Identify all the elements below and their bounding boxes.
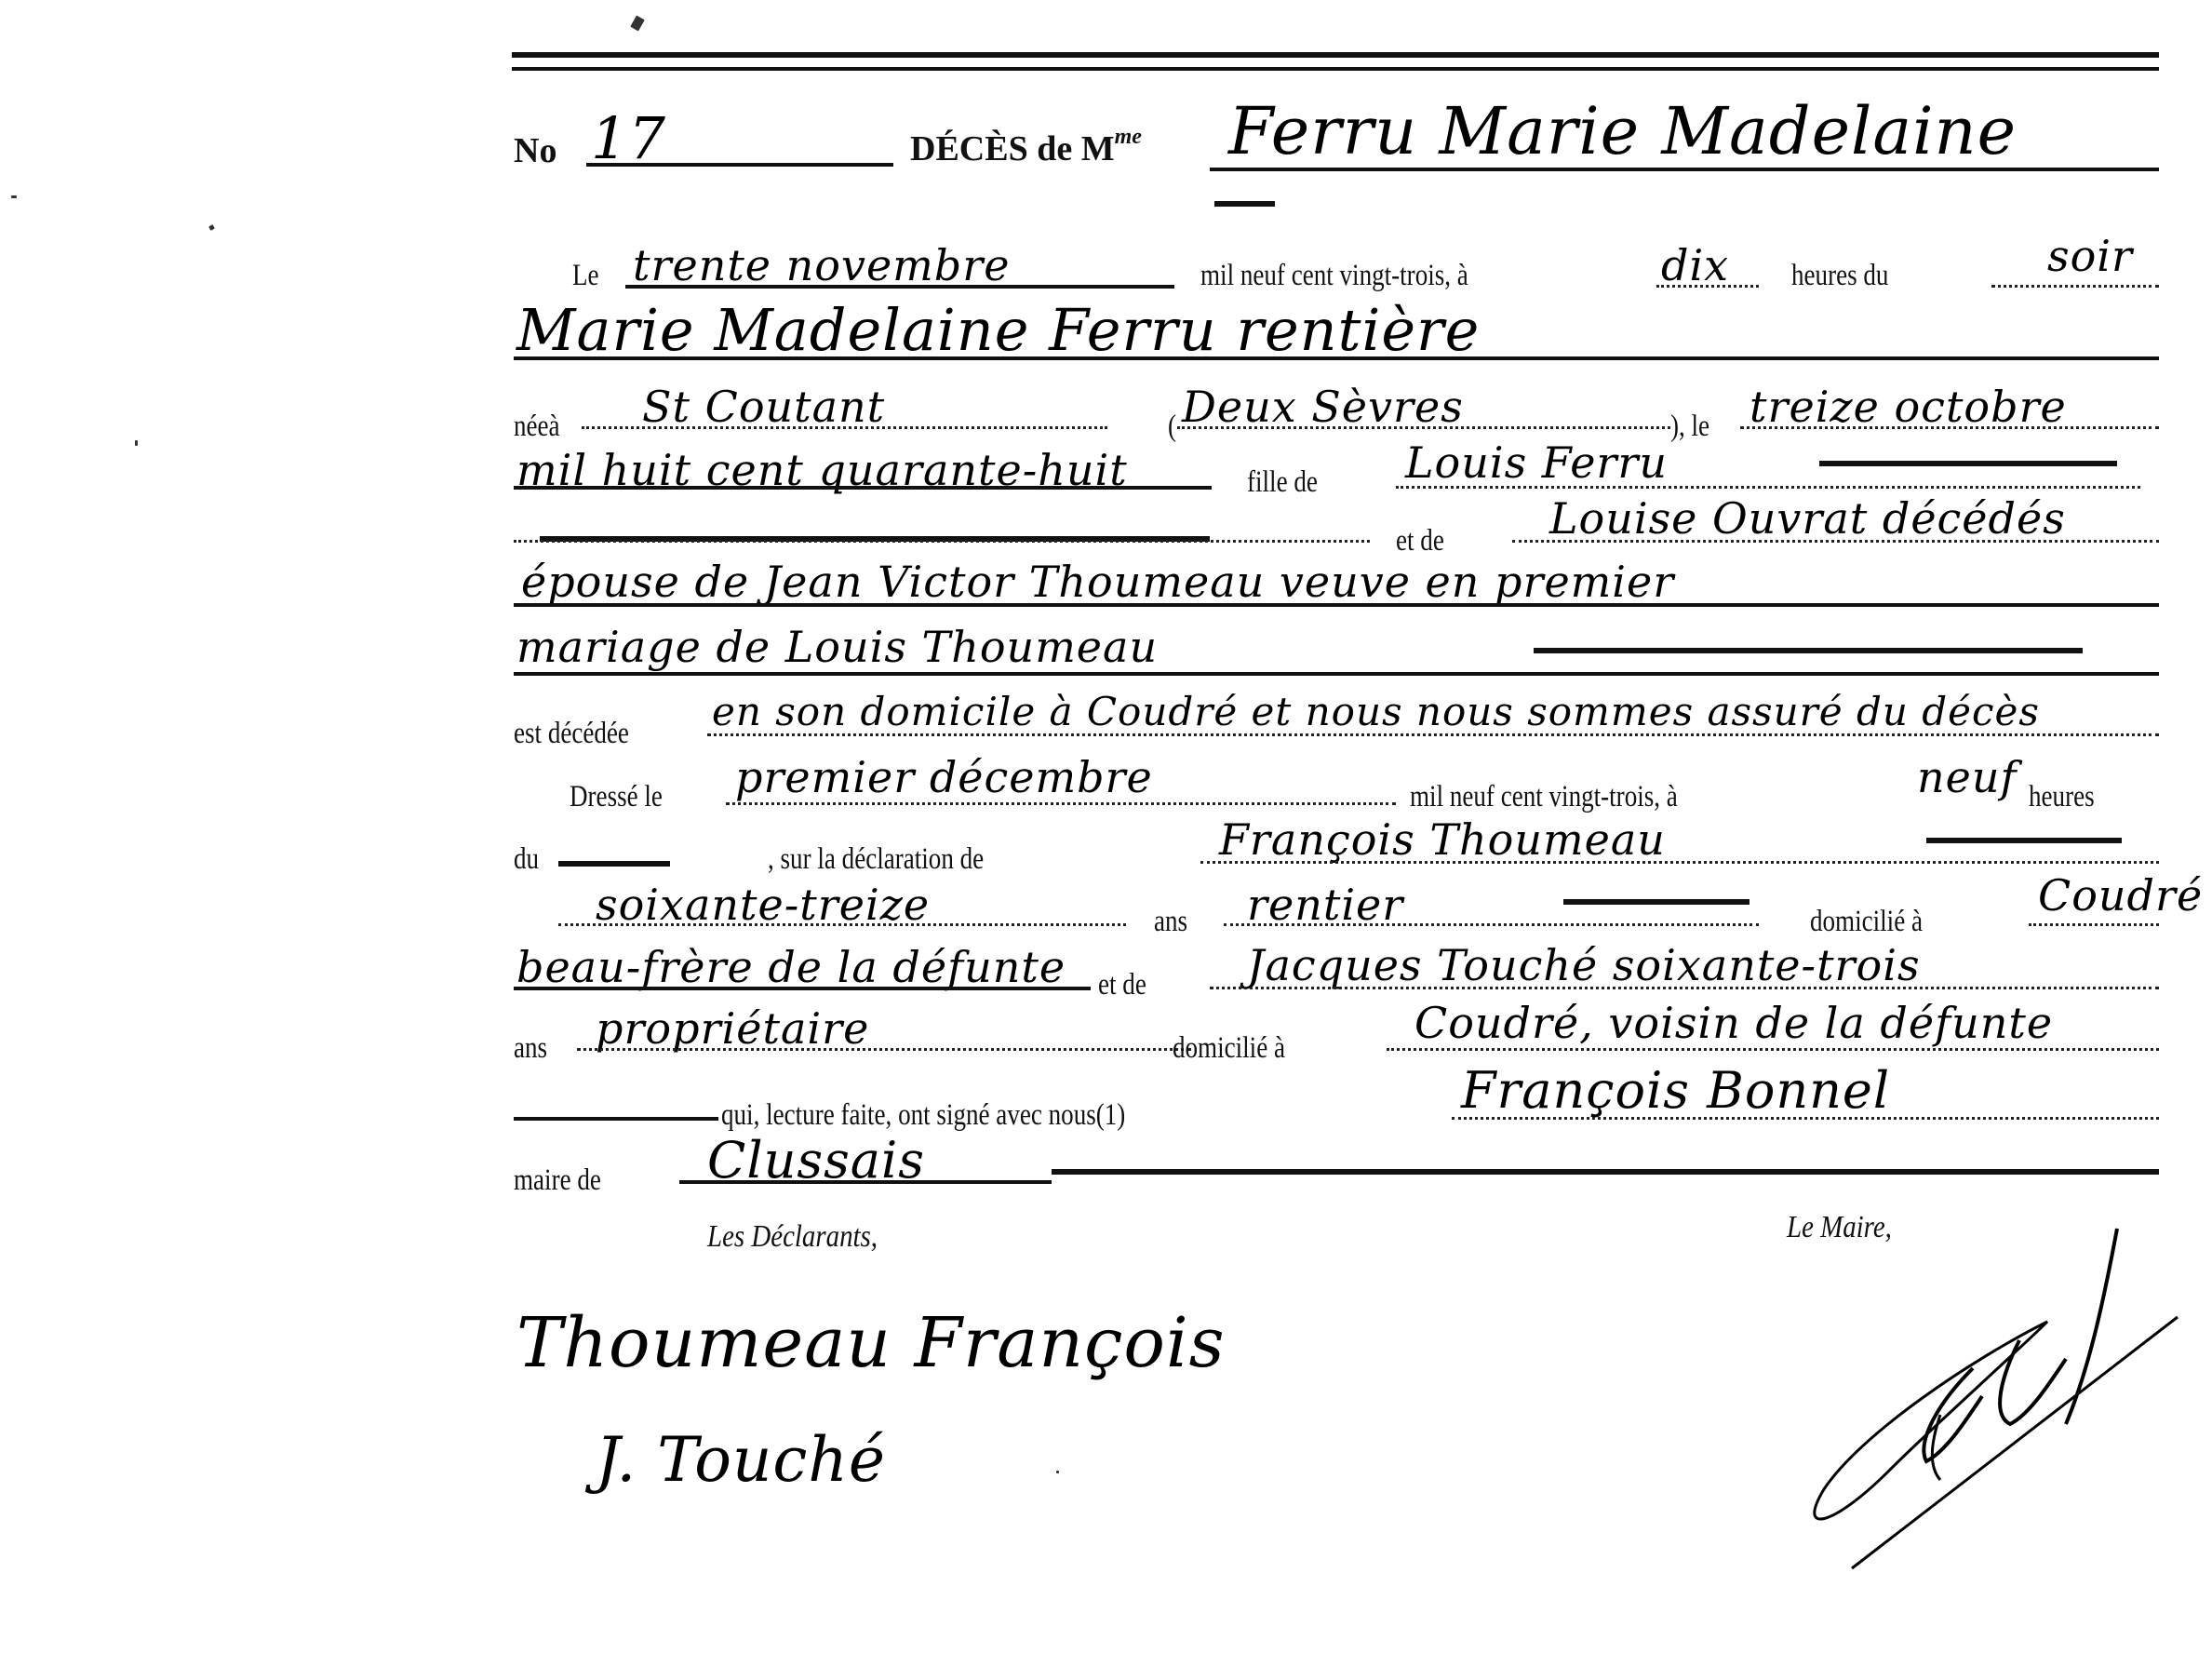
declarant1-name: François Thoumeau	[1219, 814, 1666, 865]
declarant2-residence: Coudré, voisin de la défunte	[1414, 998, 2053, 1048]
deceased-name: Ferru Marie Madelaine	[1228, 93, 2017, 169]
death-hour-line	[1656, 285, 1759, 288]
declarant1-age: soixante-treize	[596, 880, 930, 930]
declarant1-dash	[1926, 838, 2122, 843]
scan-speck	[1056, 1471, 1059, 1473]
line8-est-decedee: est décédée	[514, 717, 629, 751]
line11-ans: ans	[1154, 905, 1187, 939]
line10-declaration: , sur la déclaration de	[768, 842, 984, 877]
spouse-info: épouse de Jean Victor Thoumeau veuve en …	[521, 557, 1674, 607]
mayor-name: François Bonnel	[1461, 1061, 1890, 1120]
line14-signed: qui, lecture faite, ont signé avec nous(…	[721, 1098, 1125, 1133]
record-date-line	[726, 802, 1396, 805]
spouse-line	[514, 603, 2159, 607]
name-underline	[1210, 168, 2159, 171]
death-place-line	[707, 733, 2159, 736]
father-name: Louis Ferru	[1405, 437, 1668, 488]
death-date: trente novembre	[633, 240, 1010, 290]
mayor-signature-flourish	[1582, 1210, 2196, 1601]
top-rule-2	[512, 67, 2159, 71]
line11-domicilie: domicilié à	[1810, 905, 1923, 939]
occupation1-line	[1224, 923, 1759, 926]
birthplace-line	[582, 426, 1107, 429]
occupation2-line	[577, 1048, 1191, 1051]
line3-nee: néeà	[514, 410, 560, 444]
death-place: en son domicile à Coudré et nous nous so…	[712, 689, 2040, 734]
deceased-full-name-occupation: Marie Madelaine Ferru rentière	[516, 296, 1480, 364]
death-hour: dix	[1661, 240, 1729, 290]
declarants-label: Les Déclarants,	[707, 1219, 878, 1255]
line5-et-de: et de	[1396, 524, 1444, 558]
line4-fille-de: fille de	[1247, 465, 1318, 500]
residence1-line	[2029, 923, 2159, 926]
first-marriage-dash	[1534, 648, 2083, 653]
scan-speck	[11, 195, 17, 198]
mayor-line	[1452, 1117, 2159, 1120]
birth-year-line	[514, 486, 1212, 490]
line1-printed: mil neuf cent vingt-trois, à	[1200, 259, 1468, 293]
occupation1-dash	[1563, 899, 1749, 905]
birth-date-line	[1740, 426, 2159, 429]
record-date: premier décembre	[735, 752, 1153, 802]
mother-line	[1512, 540, 2159, 543]
line2-rule	[514, 356, 2159, 360]
commune-line	[679, 1180, 1052, 1184]
line13-domicilie: domicilié à	[1173, 1031, 1285, 1066]
line15-maire-de: maire de	[514, 1163, 601, 1198]
civil-death-record-page: No 17 DÉCÈS de Mme Ferru Marie Madelaine…	[0, 0, 2212, 1667]
record-hour: neuf	[1917, 752, 2018, 802]
birth-date: treize octobre	[1749, 382, 2067, 432]
declarant1-occupation: rentier	[1247, 880, 1403, 930]
line9-dresse-le: Dressé le	[570, 780, 663, 814]
declarant1-relation: beau-frère de la défunte	[516, 942, 1066, 992]
line12-et-de: et de	[1098, 968, 1146, 1002]
line1-le: Le	[572, 259, 599, 293]
declarant1-line	[1200, 861, 2159, 864]
death-period: soir	[2047, 231, 2133, 281]
declarant2-signature: J. Touché	[596, 1424, 886, 1496]
record-number-label: No	[514, 130, 556, 171]
declarant2-name-age: Jacques Touché soixante-trois	[1247, 940, 1921, 990]
mother-name: Louise Ouvrat décédés	[1549, 493, 2066, 544]
line10-du: du	[514, 842, 539, 877]
scan-speck	[135, 440, 138, 446]
residence2-line	[1387, 1048, 2159, 1051]
declarant1-residence: Coudré	[2038, 870, 2203, 921]
line5-lead	[514, 540, 1370, 543]
department-line	[1177, 426, 1670, 429]
header-separator	[1214, 201, 1275, 207]
line10-dash	[558, 861, 670, 867]
line1-printed2: heures du	[1791, 259, 1888, 293]
period-line	[1991, 285, 2159, 288]
scan-speck	[630, 15, 645, 31]
declarant2-line	[1210, 987, 2159, 989]
birth-department: Deux Sèvres	[1182, 382, 1464, 432]
line9-heures: heures	[2029, 780, 2095, 814]
commune-dash	[1052, 1169, 2159, 1175]
death-date-line	[625, 285, 1174, 289]
line13-ans: ans	[514, 1031, 547, 1066]
declarant2-occupation: propriétaire	[596, 1003, 869, 1054]
scan-speck	[208, 224, 215, 231]
number-underline	[586, 163, 893, 167]
father-line	[1396, 486, 2140, 489]
age1-line	[558, 923, 1126, 926]
first-marriage: mariage de Louis Thoumeau	[516, 622, 1158, 672]
record-title: DÉCÈS de Mme	[910, 128, 1142, 169]
line14-lead	[514, 1117, 718, 1121]
father-dash	[1819, 461, 2117, 466]
declarant1-signature: Thoumeau François	[516, 1303, 1226, 1383]
line3-close: ), le	[1670, 410, 1709, 444]
first-marriage-line	[514, 672, 2159, 676]
top-rule	[512, 52, 2159, 58]
line9-printed2: mil neuf cent vingt-trois, à	[1410, 780, 1678, 814]
relation1-line	[514, 987, 1091, 990]
open-paren: (	[1168, 410, 1176, 444]
birthplace: St Coutant	[642, 382, 885, 432]
